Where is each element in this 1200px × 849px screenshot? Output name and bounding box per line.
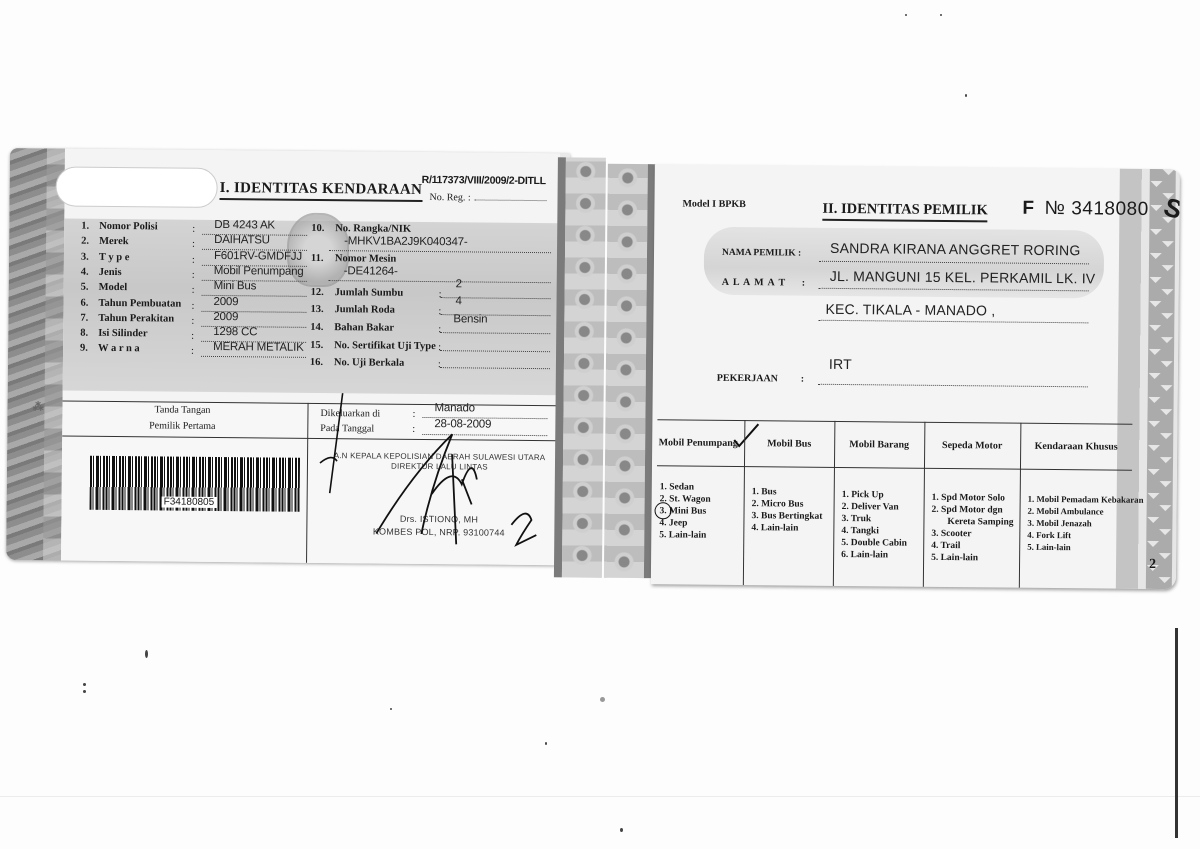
occupation-value: IRT [829, 356, 852, 372]
colon: : [802, 278, 805, 289]
category-header: Mobil Barang [834, 421, 924, 468]
vehicle-field-row: 8.Isi Silinder [80, 328, 147, 340]
field-label: No. Sertifikat Uji Type [334, 340, 436, 352]
field-number: 7. [80, 312, 98, 323]
field-label: T y p e [99, 251, 130, 262]
field-number: 8. [80, 328, 98, 339]
no-reg-field: No. Reg. : [429, 192, 546, 204]
field-number: 10. [311, 223, 335, 234]
vehicle-field-row: 2.Merek [81, 236, 129, 247]
colon: : [192, 239, 195, 250]
field-label: Model [99, 282, 128, 293]
field-value: Mobil Penumpang [214, 265, 304, 278]
scan-speck [600, 697, 605, 702]
category-option: 2. Mobil Ambulance [1028, 505, 1144, 518]
field-value: F601RV-GMDFJJ [214, 250, 302, 263]
vehicle-field-row: 7.Tahun Perakitan [80, 312, 174, 324]
colon: : [438, 306, 441, 317]
colon: : [191, 331, 194, 342]
category-option: 4. Lain-lain [751, 522, 822, 535]
field-label: Bahan Bakar [334, 322, 394, 334]
category-option: 1. Sedan [660, 481, 711, 493]
registration-code: R/117373/VIII/2009/2-DITLL [422, 174, 546, 187]
field-value: Bensin [453, 313, 487, 325]
colon: : [192, 224, 195, 235]
colon: : [801, 374, 804, 385]
colon: : [439, 289, 442, 300]
owner-name-label: NAMA PEMILIK : [722, 248, 801, 259]
colon: : [191, 346, 194, 357]
field-value: 2 [456, 278, 462, 290]
scan-speck [940, 14, 942, 16]
vehicle-field-row: 12.Jumlah Sumbu [311, 287, 404, 299]
vehicle-field-row: 6.Tahun Pembuatan [80, 297, 181, 309]
field-number: 1. [81, 221, 99, 232]
field-number: 4. [81, 267, 99, 278]
scan-speck [83, 683, 86, 686]
category-option: 3. Scooter [931, 528, 1013, 541]
field-label: Jumlah Roda [334, 304, 394, 316]
signature-label: Tanda Tangan Pemilik Pertama [72, 402, 292, 436]
left-page: I. IDENTITAS KENDARAAN R/117373/VIII/200… [6, 148, 570, 565]
field-value: 1298 CC [213, 326, 257, 338]
category-list: 1. Mobil Pemadam Kebakaran2. Mobil Ambul… [1027, 493, 1143, 554]
field-number: 16. [310, 357, 334, 368]
scan-speck [83, 690, 86, 693]
dotted-line [818, 384, 1088, 388]
redacted-box [55, 166, 217, 208]
field-value: 4 [455, 295, 461, 307]
model-label: Model I BPKB [682, 198, 745, 210]
serial-prefix: F [1022, 198, 1034, 219]
decorative-border [6, 148, 65, 561]
category-option: 4. Fork Lift [1027, 529, 1143, 542]
vehicle-field-row: 16.No. Uji Berkala [310, 357, 404, 369]
category-option: 5. Double Cabin [841, 537, 907, 550]
barcode-number: F34180805 [162, 496, 217, 508]
field-value: 2009 [213, 295, 238, 307]
category-option: 2. Spd Motor dgn [932, 504, 1014, 517]
category-option: Kereta Samping [931, 516, 1013, 529]
field-label: Jumlah Sumbu [335, 287, 404, 299]
colon: : [438, 359, 441, 370]
category-header: Sepeda Motor [924, 422, 1020, 469]
signature-icon [311, 383, 553, 555]
category-header: Kendaraan Khusus [1020, 423, 1132, 470]
vehicle-field-row: 9.W a r n a [80, 343, 140, 355]
binding-pattern [604, 164, 648, 578]
vehicle-field-row: 5.Model [81, 282, 128, 293]
colon: : [438, 342, 441, 353]
scan-speck [620, 828, 623, 832]
field-label: No. Rangka/NIK [335, 223, 411, 235]
vehicle-field-row: 14.Bahan Bakar [310, 322, 394, 334]
category-option: 2. Deliver Van [842, 501, 908, 514]
field-label: Merek [99, 236, 129, 247]
field-label: Nomor Polisi [99, 221, 158, 233]
field-label: Jenis [99, 267, 122, 278]
category-header: Mobil Penumpang [652, 419, 744, 466]
field-number: 14. [310, 322, 334, 333]
vehicle-field-row: 4.Jenis [81, 267, 122, 278]
category-option: 1. Mobil Pemadam Kebakaran [1028, 493, 1144, 506]
serial-digits: 3418080 [1071, 198, 1149, 220]
vehicle-field-row: 1.Nomor Polisi [81, 221, 158, 233]
field-number: 3. [81, 251, 99, 262]
signature-label-line2: Pemilik Pertama [72, 418, 292, 436]
binding-pattern [562, 157, 606, 577]
address-line1: JL. MANGUNI 15 KEL. PERKAMIL LK. IV [830, 268, 1096, 287]
field-number: 13. [310, 304, 334, 315]
field-number: 12. [311, 287, 335, 298]
field-number: 9. [80, 343, 98, 354]
vehicle-field-row: 10.No. Rangka/NIK [311, 223, 411, 235]
serial-number: F№ 3418080 [1022, 198, 1148, 221]
field-number: 15. [310, 340, 334, 351]
category-option: 4. Jeep [659, 517, 710, 529]
category-option: 1. Bus [752, 486, 823, 499]
scan-speck [545, 742, 547, 745]
field-number: 5. [81, 282, 99, 293]
address-label: A L A M A T [722, 277, 787, 289]
field-value: MERAH METALIK [213, 341, 304, 354]
section-title-vehicle: I. IDENTITAS KENDARAAN [220, 180, 423, 202]
no-reg-label: No. Reg. : [429, 192, 470, 203]
category-option: 5. Lain-lain [659, 529, 710, 541]
vehicle-field-row: 3.T y p e [81, 251, 130, 262]
owner-name: SANDRA KIRANA ANGGRET RORING [830, 240, 1081, 258]
category-option: 1. Spd Motor Solo [932, 492, 1014, 505]
category-option: 1. Pick Up [842, 489, 908, 502]
numero-symbol: № [1044, 198, 1065, 219]
section-title-owner: II. IDENTITAS PEMILIK [822, 201, 988, 223]
field-value: DAIHATSU [214, 234, 270, 247]
address-line2: KEC. TIKALA - MANADO , [825, 301, 995, 319]
category-option: 4. Trail [931, 540, 1013, 553]
divider [306, 403, 309, 563]
colon: : [438, 324, 441, 335]
scan-speck [905, 14, 907, 16]
category-option: 3. Bus Bertingkat [751, 510, 822, 523]
right-page: Model I BPKB II. IDENTITAS PEMILIK F№ 34… [651, 164, 1180, 589]
category-list: 1. Bus2. Micro Bus3. Bus Bertingkat4. La… [751, 486, 822, 535]
vehicle-field-row: 13.Jumlah Roda [310, 304, 394, 316]
vehicle-field-row: 15.No. Sertifikat Uji Type [310, 340, 436, 352]
colon: : [191, 300, 194, 311]
field-number: 2. [81, 236, 99, 247]
colon: : [191, 316, 194, 327]
bpkb-booklet: I. IDENTITAS KENDARAAN R/117373/VIII/200… [6, 148, 1180, 604]
category-option: 4. Tangki [841, 525, 907, 538]
field-number: 6. [80, 297, 98, 308]
scan-speck [390, 708, 392, 710]
scan-edge [1175, 628, 1178, 838]
category-header: Mobil Bus [744, 420, 834, 467]
field-value: DB 4243 AK [214, 219, 275, 232]
scan-speck [145, 650, 148, 658]
field-label: Tahun Perakitan [98, 313, 174, 325]
category-option: 5. Lain-lain [1027, 541, 1143, 554]
scan-line [0, 796, 1200, 797]
field-label: Nomor Mesin [335, 253, 396, 265]
field-number: 11. [311, 253, 335, 264]
occupation-label: PEKERJAAN [717, 373, 778, 385]
colon: : [192, 270, 195, 281]
category-option: 2. Micro Bus [752, 498, 823, 511]
category-option: 3. Truk [841, 513, 907, 526]
field-label: W a r n a [98, 343, 140, 354]
colon: : [192, 285, 195, 296]
category-list: 1. Spd Motor Solo2. Spd Motor dgnKereta … [931, 492, 1014, 565]
field-value: -MHKV1BA2J9K040347- [344, 235, 468, 248]
field-label: Tahun Pembuatan [98, 297, 181, 309]
category-list: 1. Pick Up2. Deliver Van3. Truk4. Tangki… [841, 489, 907, 562]
category-option: 6. Lain-lain [841, 549, 907, 562]
category-option: 3. Mobil Jenazah [1027, 517, 1143, 530]
page-number: 2 [1149, 557, 1156, 573]
field-value: 2009 [213, 311, 238, 323]
colon: : [192, 254, 195, 265]
category-option: 5. Lain-lain [931, 552, 1013, 565]
field-label: Isi Silinder [98, 328, 147, 339]
field-label: No. Uji Berkala [334, 357, 404, 369]
field-value: Mini Bus [214, 280, 257, 292]
booklet-binding [546, 157, 655, 578]
signature-section: Tanda Tangan Pemilik Pertama F34180805 D… [61, 401, 558, 566]
dotted-line [818, 320, 1088, 324]
scan-speck [965, 94, 967, 97]
field-value: -DE41264- [344, 265, 398, 278]
border-glyph: ⁂ [32, 400, 43, 413]
vehicle-field-row: 11.Nomor Mesin [311, 253, 396, 265]
selection-circle-icon [654, 502, 671, 519]
vehicle-category-table: Mobil Penumpang1. Sedan2. St. Wagon3. Mi… [651, 419, 1133, 589]
